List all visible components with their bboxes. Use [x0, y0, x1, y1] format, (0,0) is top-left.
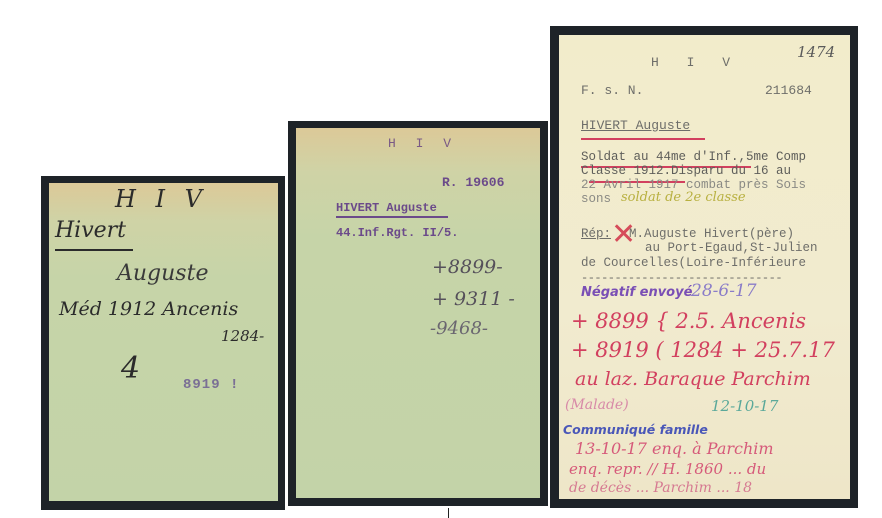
card-1-class-line: Méd 1912 Ancenis	[59, 298, 238, 320]
card-2-hand-number-3: -9468-	[430, 318, 488, 339]
card-3-name-red-underline	[581, 138, 705, 140]
card-2-header: H I V	[388, 136, 457, 151]
card-1-surname: Hivert	[55, 218, 126, 243]
card-3-fsn-number: 211684	[765, 83, 812, 98]
scale-tick	[448, 508, 449, 518]
card-3-red-bottom-line-2: enq. repr. // H. 1860 ... du	[569, 460, 766, 478]
card-3-green-note: 12-10-17	[711, 397, 778, 415]
card-1-mark: 4	[121, 351, 140, 386]
card-1-stamp-number: 8919 !	[183, 377, 239, 393]
card-3: H I V 1474 F. s. N. 211684 HIVERT August…	[559, 35, 850, 499]
card-3-red-line-2: + 8919 ( 1284 + 25.7.17	[571, 338, 835, 362]
card-3-corner-note: 1474	[797, 43, 835, 61]
card-1: H I V Hivert Auguste Méd 1912 Ancenis 12…	[49, 183, 278, 501]
card-2-hand-number-1: +8899-	[432, 256, 503, 278]
card-3-red-line-3: au laz. Baraque Parchim	[575, 368, 811, 390]
card-3-body-hand-note: soldat de 2e classe	[621, 190, 746, 205]
card-3-body-line-2: Classe 1912.Disparu du 16 au	[581, 164, 791, 178]
card-2-unit: 44.Inf.Rgt. II/5.	[336, 226, 458, 240]
card-3-negatif-label: Négatif envoyé	[581, 285, 692, 300]
card-3-negatif-date: 28-6-17	[691, 281, 757, 301]
card-1-first-name: Auguste	[117, 261, 208, 286]
card-3-red-bottom-line-1: 13-10-17 enq. à Parchim	[575, 439, 774, 458]
card-2-ref: R. 19606	[442, 175, 504, 190]
card-3-communique-stamp: Communiqué famille	[563, 422, 708, 437]
card-3-name: HIVERT Auguste	[581, 118, 690, 133]
card-2-hand-number-2: + 9311 -	[432, 288, 515, 310]
card-3-body-line-1: Soldat au 44me d'Inf.,5me Comp	[581, 150, 806, 164]
card-3-rep-line-1: M.Auguste Hivert(père)	[629, 227, 794, 241]
card-3-red-bottom-line-3: de décès ... Parchim ... 18	[569, 480, 752, 496]
card-3-rep-line-3: de Courcelles(Loire-Inférieure	[581, 256, 806, 270]
card-3-body-line-4: sons	[581, 192, 611, 206]
card-1-number: 1284-	[221, 327, 264, 345]
card-2-name-underline	[336, 216, 448, 218]
card-1-header: H I V	[115, 185, 208, 213]
card-2-name: HIVERT Auguste	[336, 201, 437, 215]
card-1-surname-underline	[55, 249, 133, 251]
card-3-red-line-4: (Malade)	[565, 397, 629, 413]
card-2: H I V R. 19606 HIVERT Auguste 44.Inf.Rgt…	[296, 128, 540, 498]
card-3-fsn-label: F. s. N.	[581, 83, 643, 98]
card-3-red-line-1: + 8899 { 2.5. Ancenis	[571, 309, 806, 333]
card-3-rep-label: Rép:	[581, 227, 611, 241]
card-3-header: H I V	[651, 55, 740, 70]
card-3-rep-line-2: au Port-Egaud,St-Julien	[645, 241, 818, 255]
